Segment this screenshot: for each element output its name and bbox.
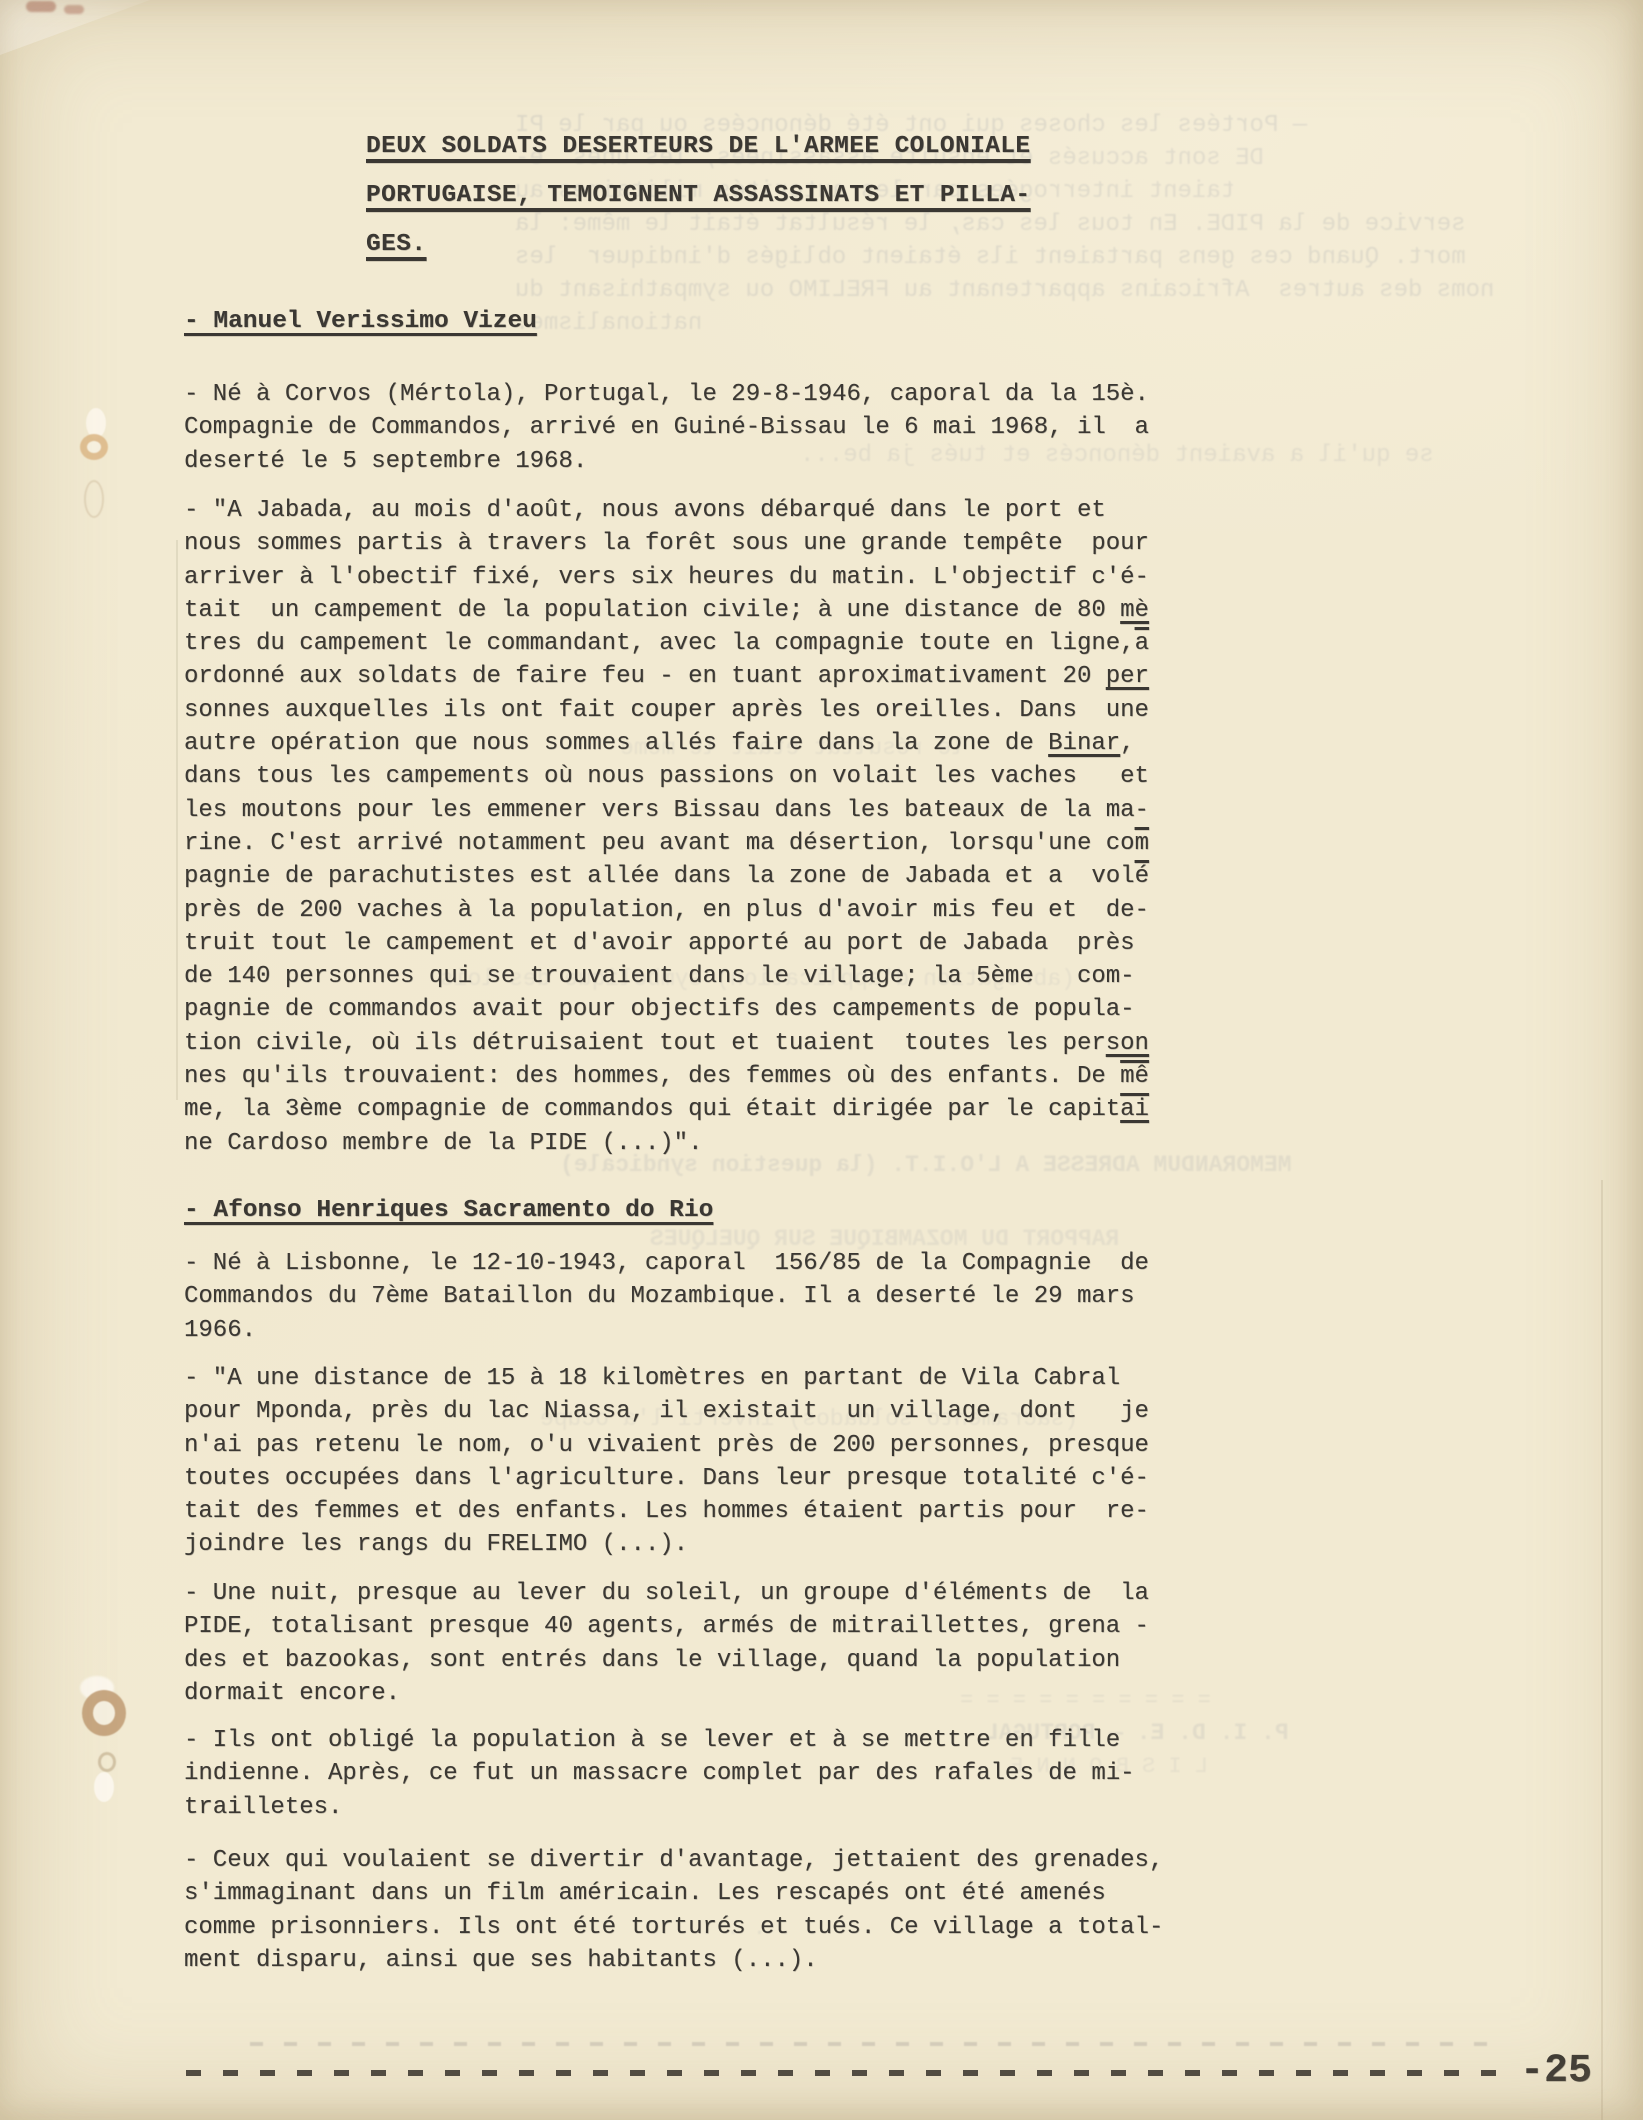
- text-line: Commandos du 7ème Bataillon du Mozambiqu…: [184, 1280, 1149, 1313]
- text-line: rine. C'est arrivé notamment peu avant m…: [184, 827, 1149, 860]
- text-line: - Manuel Verissimo Vizeu: [184, 305, 537, 338]
- text-line: PIDE, totalisant presque 40 agents, armé…: [184, 1610, 1149, 1643]
- text-line: autre opération que nous sommes allés fa…: [184, 727, 1149, 760]
- text-line: des et bazookas, sont entrés dans le vil…: [184, 1644, 1149, 1677]
- text-line: dormait encore.: [184, 1677, 1149, 1710]
- text-line: - "A une distance de 15 à 18 kilomètres …: [184, 1362, 1149, 1395]
- margin-guide-line: [176, 540, 178, 1100]
- text-line: - Né à Corvos (Mértola), Portugal, le 29…: [184, 378, 1149, 411]
- text-line: joindre les rangs du FRELIMO (...).: [184, 1528, 1149, 1561]
- divider-dashed-ghost: [250, 2042, 1490, 2046]
- text-line: ordonné aux soldats de faire feu - en tu…: [184, 660, 1149, 693]
- text-line: près de 200 vaches à la population, en p…: [184, 894, 1149, 927]
- text-line: tait un campement de la population civil…: [184, 594, 1149, 627]
- text-line: n'ai pas retenu le nom, o'u vivaient prè…: [184, 1429, 1149, 1462]
- stain-outline: [84, 480, 104, 518]
- paper-crease: [1601, 1180, 1603, 2120]
- text-line: GES.: [366, 220, 1031, 269]
- text-line: ment disparu, ainsi que ses habitants (.…: [184, 1944, 1163, 1977]
- text-line: pagnie de commandos avait pour objectifs…: [184, 993, 1149, 1026]
- document-title: DEUX SOLDATS DESERTEURS DE L'ARMEE COLON…: [366, 122, 1031, 269]
- paragraph-raid: - Une nuit, presque au lever du soleil, …: [184, 1577, 1149, 1710]
- text-line: ne Cardoso membre de la PIDE (...)".: [184, 1127, 1149, 1160]
- text-line: - Afonso Henriques Sacramento do Rio: [184, 1194, 713, 1227]
- text-line: tion civile, où ils détruisaient tout et…: [184, 1027, 1149, 1060]
- heading-manuel-verissimo-vizeu: - Manuel Verissimo Vizeu: [184, 305, 537, 338]
- page-number: -25: [1520, 2052, 1592, 2092]
- divider-dashed: [186, 2070, 1516, 2076]
- paragraph-testimony-vizeu: - "A Jabada, au mois d'août, nous avons …: [184, 494, 1149, 1160]
- text-line: - "A Jabada, au mois d'août, nous avons …: [184, 494, 1149, 527]
- bleedthrough-text: nationalisme.: [515, 310, 702, 337]
- text-line: nes qu'ils trouvaient: des hommes, des f…: [184, 1060, 1149, 1093]
- stain-ring: [82, 1690, 126, 1736]
- paragraph-bio-vizeu: - Né à Corvos (Mértola), Portugal, le 29…: [184, 378, 1149, 478]
- text-line: - Né à Lisbonne, le 12-10-1943, caporal …: [184, 1247, 1149, 1280]
- text-line: - Une nuit, presque au lever du soleil, …: [184, 1577, 1149, 1610]
- paragraph-grenades: - Ceux qui voulaient se divertir d'avant…: [184, 1844, 1163, 1977]
- text-line: DEUX SOLDATS DESERTEURS DE L'ARMEE COLON…: [366, 122, 1031, 171]
- text-line: comme prisonniers. Ils ont été torturés …: [184, 1911, 1163, 1944]
- text-line: les moutons pour les emmener vers Bissau…: [184, 794, 1149, 827]
- stain-ring: [80, 434, 108, 460]
- text-line: sonnes auxquelles ils ont fait couper ap…: [184, 694, 1149, 727]
- paper-chip: [94, 1772, 114, 1802]
- paragraph-bio-sacramento: - Né à Lisbonne, le 12-10-1943, caporal …: [184, 1247, 1149, 1347]
- paragraph-village: - "A une distance de 15 à 18 kilomètres …: [184, 1362, 1149, 1562]
- text-line: tait des femmes et des enfants. Les homm…: [184, 1495, 1149, 1528]
- red-ink-smudge: [26, 1, 56, 12]
- heading-afonso-sacramento: - Afonso Henriques Sacramento do Rio: [184, 1194, 713, 1227]
- text-line: toutes occupées dans l'agriculture. Dans…: [184, 1462, 1149, 1495]
- text-line: - Ceux qui voulaient se divertir d'avant…: [184, 1844, 1163, 1877]
- text-line: arriver à l'obectif fixé, vers six heure…: [184, 561, 1149, 594]
- text-line: truit tout le campement et d'avoir appor…: [184, 927, 1149, 960]
- text-line: Compagnie de Commandos, arrivé en Guiné-…: [184, 411, 1149, 444]
- text-line: pour Mponda, près du lac Niassa, il exis…: [184, 1395, 1149, 1428]
- text-line: tres du campement le commandant, avec la…: [184, 627, 1149, 660]
- text-line: trailletes.: [184, 1791, 1135, 1824]
- paragraph-massacre: - Ils ont obligé la population à se leve…: [184, 1724, 1135, 1824]
- text-line: deserté le 5 septembre 1968.: [184, 445, 1149, 478]
- text-line: 1966.: [184, 1314, 1149, 1347]
- text-line: me, la 3ème compagnie de commandos qui é…: [184, 1093, 1149, 1126]
- text-line: - Ils ont obligé la population à se leve…: [184, 1724, 1135, 1757]
- text-line: pagnie de parachutistes est allée dans l…: [184, 860, 1149, 893]
- bleedthrough-text: noms des autres Africains appartenant au…: [515, 277, 1494, 304]
- text-line: nous sommes partis à travers la forêt so…: [184, 527, 1149, 560]
- stain-outline: [98, 1752, 116, 1772]
- red-ink-smudge: [64, 5, 84, 14]
- scanned-document-page: — Portées les choses qui ont été dénoncé…: [0, 0, 1643, 2120]
- text-line: s'immaginant dans un film américain. Les…: [184, 1877, 1163, 1910]
- text-line: indienne. Après, ce fut un massacre comp…: [184, 1757, 1135, 1790]
- text-line: de 140 personnes qui se trouvaient dans …: [184, 960, 1149, 993]
- text-line: PORTUGAISE, TEMOIGNENT ASSASSINATS ET PI…: [366, 171, 1031, 220]
- text-line: dans tous les campements où nous passion…: [184, 760, 1149, 793]
